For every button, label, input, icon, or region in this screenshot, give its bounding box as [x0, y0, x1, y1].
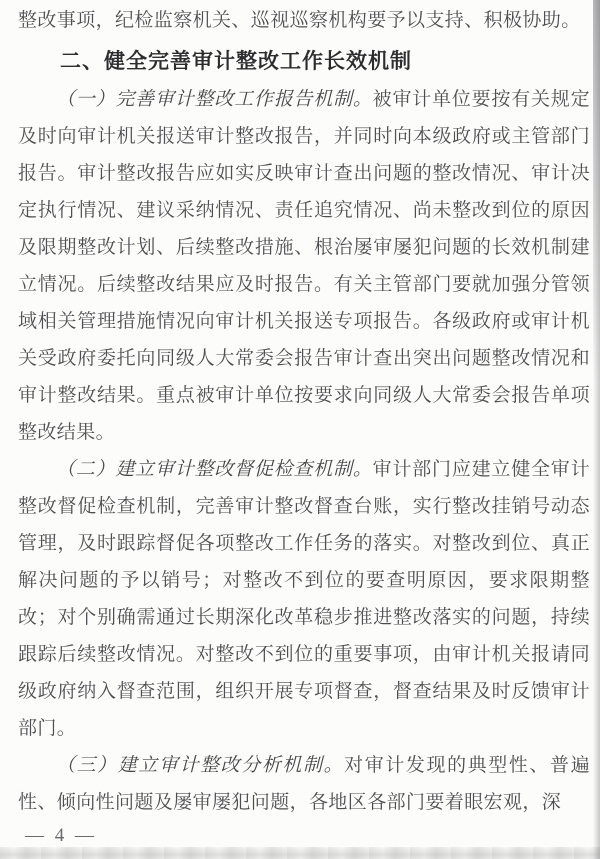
paragraph-1-lead: （一）完善审计整改工作报告机制。 [56, 89, 373, 110]
scan-edge-shadow-bottom [0, 847, 600, 859]
paragraph-2-lead: （二）建立审计整改督促检查机制。 [56, 459, 373, 480]
paragraph-item-1: （一）完善审计整改工作报告机制。被审计单位要按有关规定及时向审计机关报送审计整改… [18, 81, 590, 451]
section-heading: 二、健全完善审计整改工作长效机制 [18, 43, 590, 80]
scan-edge-shadow-right [593, 0, 600, 859]
page-number: — 4 — [25, 825, 97, 847]
paragraph-1-text: 被审计单位要按有关规定及时向审计机关报送审计整改报告，并同时向本级政府或主管部门… [18, 89, 590, 443]
page-content: 整改事项，纪检监察机关、巡视巡察机构要予以支持、积极协助。 二、健全完善审计整改… [18, 2, 590, 821]
paragraph-item-3: （三）建立审计整改分析机制。对审计发现的典型性、普遍性、倾向性问题及屡审屡犯问题… [18, 747, 590, 821]
paragraph-2-text: 审计部门应建立健全审计整改督促检查机制，完善审计整改督查台账，实行整改挂销号动态… [18, 459, 590, 739]
scanned-document-page: 整改事项，纪检监察机关、巡视巡察机构要予以支持、积极协助。 二、健全完善审计整改… [0, 0, 600, 859]
paragraph-item-2: （二）建立审计整改督促检查机制。审计部门应建立健全审计整改督促检查机制，完善审计… [18, 451, 590, 747]
paragraph-continuation: 整改事项，纪检监察机关、巡视巡察机构要予以支持、积极协助。 [18, 2, 590, 39]
paragraph-3-lead: （三）建立审计整改分析机制。 [56, 755, 344, 776]
